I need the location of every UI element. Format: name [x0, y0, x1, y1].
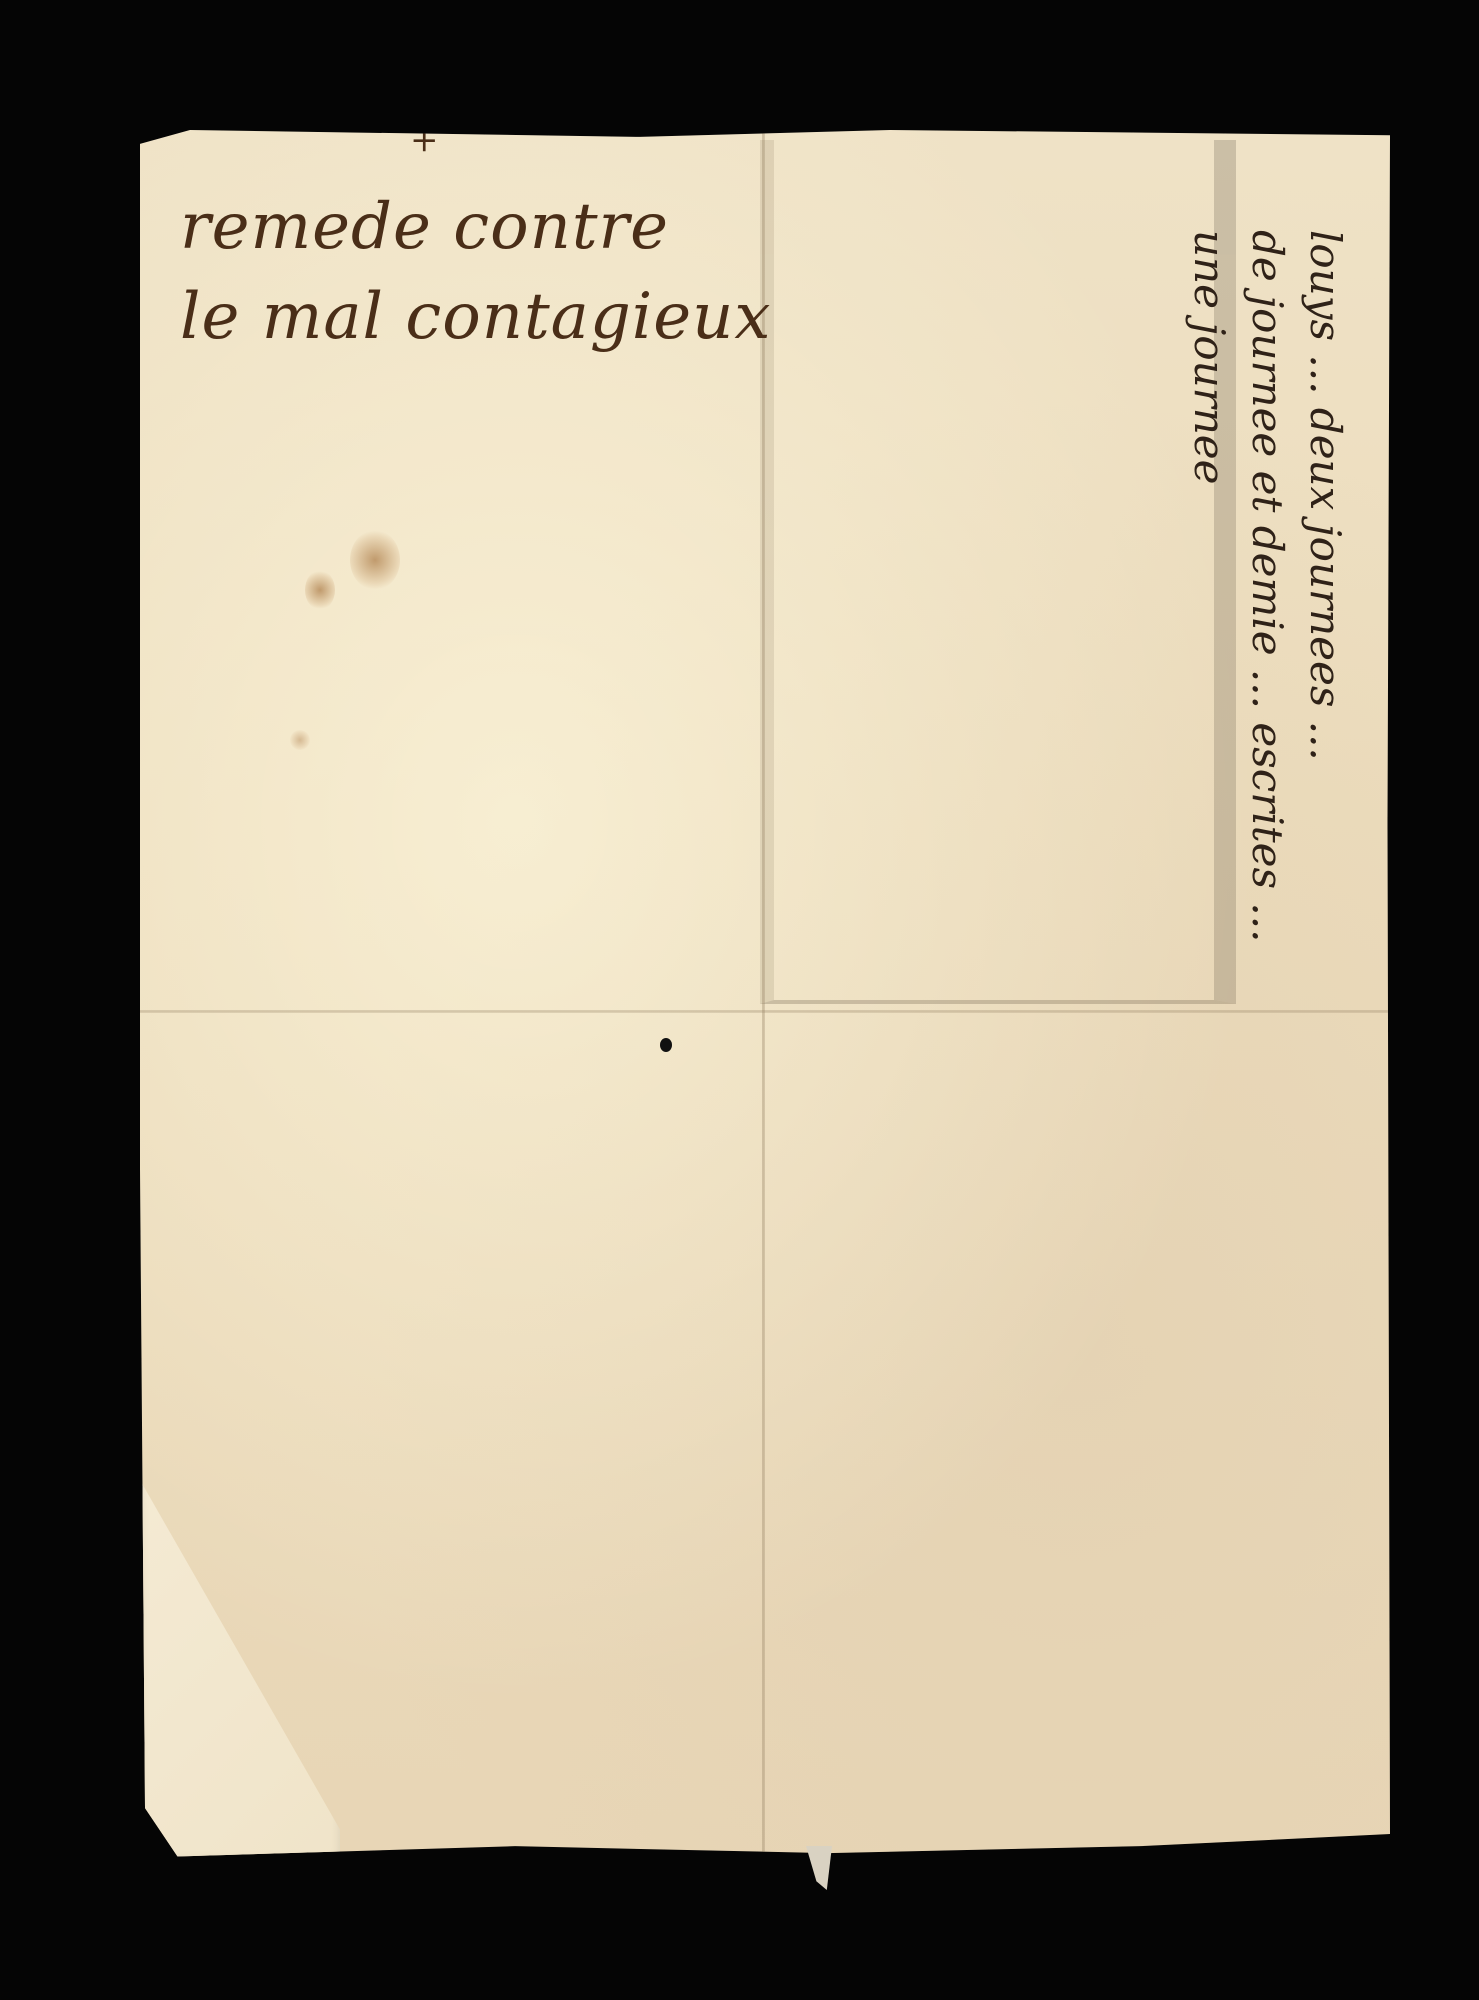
margin-line: de journee et demie ... escrites ...	[1238, 230, 1296, 1790]
margin-line: louys ... deux journees ...	[1296, 230, 1354, 1790]
heading-line-2: le mal contagieux	[180, 280, 771, 354]
stain	[350, 530, 400, 590]
stain	[290, 730, 310, 750]
pin-hole	[660, 1038, 672, 1052]
vertical-fold	[762, 130, 765, 1860]
fold-shadow	[760, 140, 1236, 1004]
heading-line-1: remede contre	[180, 190, 669, 264]
torn-paper-tab	[806, 1846, 832, 1890]
margin-note: louys ... deux journees ... de journee e…	[1180, 230, 1354, 1790]
stain	[305, 570, 335, 610]
margin-line: une journee	[1180, 230, 1238, 1790]
cross-mark: +	[410, 120, 439, 160]
folded-corner	[140, 1480, 340, 1860]
